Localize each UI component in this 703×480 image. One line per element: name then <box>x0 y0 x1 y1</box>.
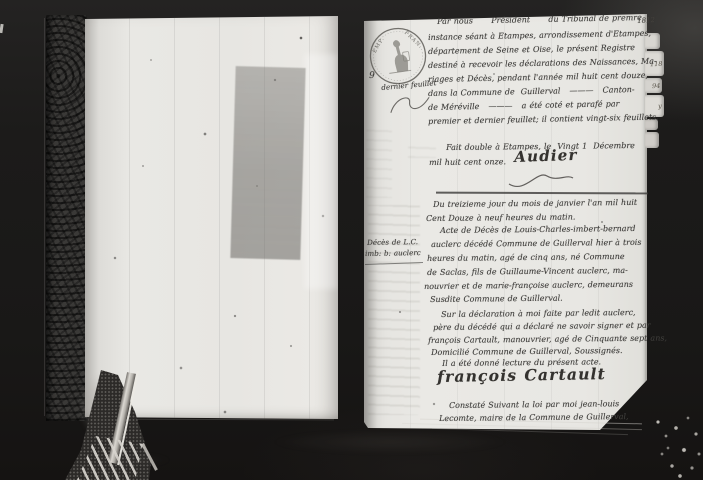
acte-line: Susdite Commune de Guillerval. <box>430 295 563 304</box>
spine-highlight-line <box>44 18 45 416</box>
page-stain <box>230 66 305 260</box>
left-page <box>85 16 338 420</box>
ink-bleed-through <box>366 128 392 198</box>
tab-number: 94 <box>652 81 661 89</box>
edge-glint <box>0 24 4 33</box>
tab-number: y <box>658 102 662 110</box>
stamp-paraph: 9 <box>369 72 375 81</box>
paper-highlight <box>305 54 337 289</box>
signature-official: Audier <box>514 148 578 165</box>
page-edge-tab: 94 <box>645 78 662 93</box>
signature-flourish-icon <box>505 168 577 192</box>
page-edge-tab <box>645 132 659 148</box>
stamp-arc-left-text: EMP. <box>372 36 386 55</box>
ink-bleed-through <box>408 140 436 158</box>
entry-opening-line: Cent Douze à neuf heures du matin. <box>426 213 575 223</box>
ink-bleed-through <box>368 205 420 415</box>
register-scan: 118 94 y EMP. FRAN. 9 dernier feuillet 1… <box>0 0 703 480</box>
dateline: mil huit cent onze. <box>429 158 506 167</box>
floor-smudge <box>70 450 190 470</box>
floor-smudge <box>220 425 560 459</box>
book-cover-edge <box>46 15 87 421</box>
speckle-cluster <box>652 410 703 480</box>
signature-witness: françois Cartault <box>437 366 606 384</box>
